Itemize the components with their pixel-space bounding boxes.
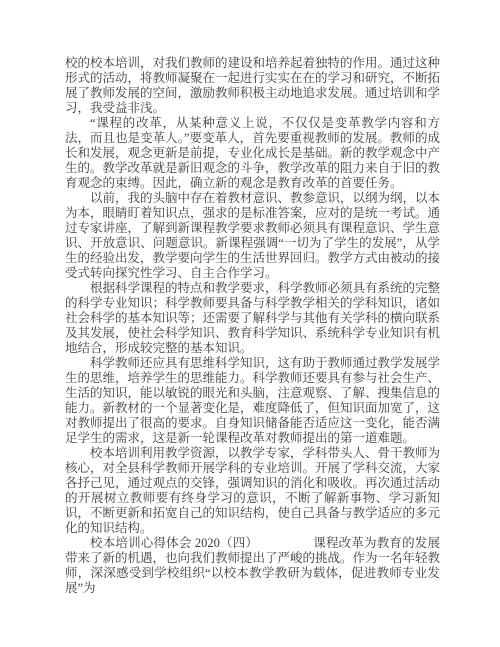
section-heading: 校本培训心得体会 2020（四） <box>90 536 258 550</box>
document-page: 校的校本培训，对我们教师的建设和培养起着独特的作用。通过这种形式的活动，将教师凝… <box>65 56 440 596</box>
paragraph-4: 根据科学课程的特点和教学要求，科学教师必须具有系统的完整的科学专业知识；科学教师… <box>65 281 440 356</box>
paragraph-2: “课程的改革，从某种意义上说，不仅仅是变革教学内容和方法，而且也是变革人。”要变… <box>65 116 440 191</box>
inline-gap <box>258 546 313 547</box>
paragraph-3: 以前，我的头脑中存在着教材意识、教参意识，以纲为纲，以本为本，眼睛盯着知识点，强… <box>65 191 440 281</box>
paragraph-1: 校的校本培训，对我们教师的建设和培养起着独特的作用。通过这种形式的活动，将教师凝… <box>65 56 440 116</box>
paragraph-final: 校本培训心得体会 2020（四）课程改革为教育的发展带来了新的机遇，也向我们教师… <box>65 536 440 596</box>
paragraph-6: 校本培训利用教学资源，以教学专家，学科带头人、骨干教师为核心，对全县科学教师开展… <box>65 446 440 536</box>
paragraph-5: 科学教师还应具有思维科学知识，这有助于教师通过教学发展学生的思维，培养学生的思维… <box>65 356 440 446</box>
